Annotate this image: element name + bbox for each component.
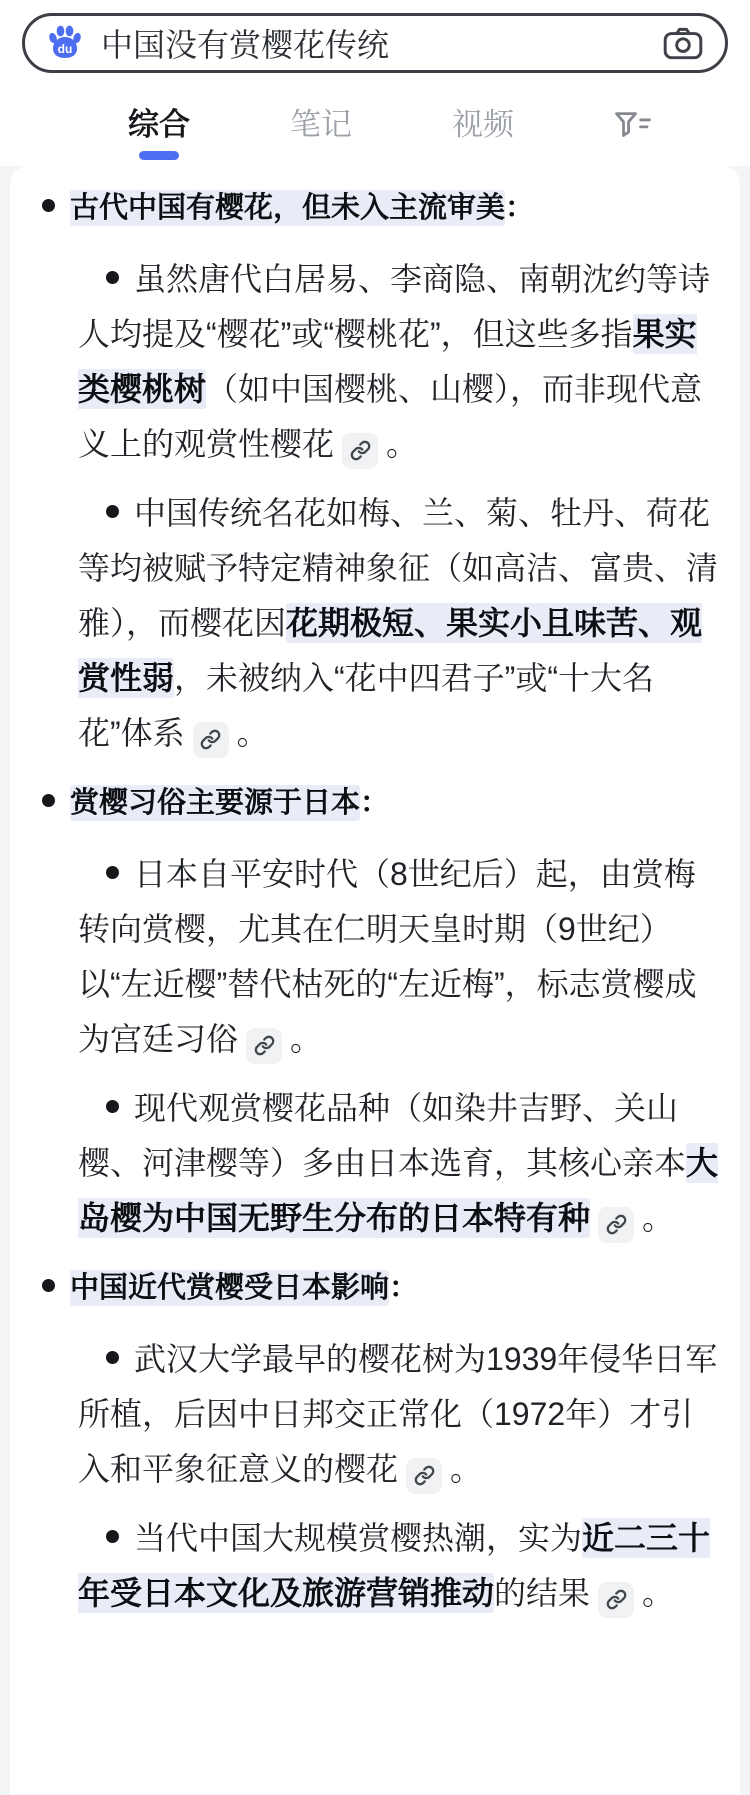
tab-zonghe[interactable]: 综合 [128, 99, 190, 166]
link-icon[interactable] [193, 722, 229, 758]
tab-label: 综合 [128, 107, 190, 142]
text-run: 日本自平安时代（8世纪后）起，由赏梅转向赏樱，尤其在仁明天皇时期（9世纪）以“左… [78, 856, 697, 1057]
filter-icon [614, 111, 652, 144]
filter-button[interactable] [614, 111, 652, 166]
list-item: 武汉大学最早的樱花树为1939年侵华日军所植，后因中日邦交正常化（1972年）才… [78, 1332, 720, 1497]
tab-biji[interactable]: 笔记 [290, 99, 352, 166]
tab-label: 笔记 [290, 107, 352, 142]
tab-bar: 综合 笔记 视频 [0, 73, 750, 166]
section: 赏樱习俗主要源于日本：日本自平安时代（8世纪后）起，由赏梅转向赏樱，尤其在仁明天… [42, 779, 720, 1246]
link-icon[interactable] [598, 1207, 634, 1243]
content-area: 古代中国有樱花，但未入主流审美：虽然唐代白居易、李商隐、南朝沈约等诗人均提及“樱… [0, 166, 750, 1795]
camera-icon[interactable] [661, 24, 705, 62]
list-item: 现代观赏樱花品种（如染井吉野、关山樱、河津樱等）多由日本选育，其核心亲本大岛樱为… [78, 1081, 720, 1246]
text-run: 。 [290, 1021, 322, 1057]
section-heading-colon: ： [505, 192, 534, 224]
bullet-icon [42, 199, 55, 212]
list-item: 当代中国大规模赏樱热潮，实为近二三十年受日本文化及旅游营销推动的结果。 [78, 1511, 720, 1621]
svg-text:du: du [58, 42, 73, 56]
result-card: 古代中国有樱花，但未入主流审美：虽然唐代白居易、李商隐、南朝沈约等诗人均提及“樱… [10, 166, 740, 1795]
link-icon[interactable] [406, 1458, 442, 1494]
link-icon[interactable] [342, 433, 378, 469]
link-icon[interactable] [246, 1028, 282, 1064]
text-run: 虽然唐代白居易、李商隐、南朝沈约等诗人均提及“樱花”或“樱桃花”，但这些多指 [78, 261, 710, 352]
list-item: 日本自平安时代（8世纪后）起，由赏梅转向赏樱，尤其在仁明天皇时期（9世纪）以“左… [78, 847, 720, 1067]
bullet-icon [106, 505, 119, 518]
link-icon[interactable] [598, 1582, 634, 1618]
text-run: 。 [386, 426, 418, 462]
bullet-icon [42, 1279, 55, 1292]
text-run: 。 [642, 1200, 674, 1236]
tab-label: 视频 [452, 107, 514, 142]
search-bar[interactable]: du 中国没有赏樱花传统 [22, 13, 728, 73]
section: 古代中国有樱花，但未入主流审美：虽然唐代白居易、李商隐、南朝沈约等诗人均提及“樱… [42, 184, 720, 761]
section-heading-text: 古代中国有樱花，但未入主流审美 [70, 190, 505, 226]
text-run: 。 [642, 1575, 674, 1611]
bullet-icon [106, 1351, 119, 1364]
bullet-icon [106, 1530, 119, 1543]
section-heading-text: 赏樱习俗主要源于日本 [70, 785, 360, 821]
baidu-search-results-page: du 中国没有赏樱花传统 综合 笔记 视频 [0, 0, 750, 1795]
baidu-logo-icon: du [45, 23, 85, 63]
section-heading: 赏樱习俗主要源于日本： [42, 779, 720, 827]
section-heading-colon: ： [360, 787, 389, 819]
search-header: du 中国没有赏樱花传统 综合 笔记 视频 [0, 0, 750, 166]
section-heading-colon: ： [389, 1272, 418, 1304]
search-query-text: 中国没有赏樱花传统 [101, 20, 649, 66]
bullet-icon [106, 271, 119, 284]
text-run: 的结果 [494, 1575, 590, 1611]
list-item: 中国传统名花如梅、兰、菊、牡丹、荷花等均被赋予特定精神象征（如高洁、富贵、清雅）… [78, 486, 720, 761]
section-heading-text: 中国近代赏樱受日本影响 [70, 1270, 389, 1306]
bullet-icon [42, 794, 55, 807]
tab-shipin[interactable]: 视频 [452, 99, 514, 166]
text-run: 现代观赏樱花品种（如染井吉野、关山樱、河津樱等）多由日本选育，其核心亲本 [78, 1090, 686, 1181]
bullet-icon [106, 866, 119, 879]
text-run: 武汉大学最早的樱花树为1939年侵华日军所植，后因中日邦交正常化（1972年）才… [78, 1341, 717, 1487]
text-run: 。 [450, 1451, 482, 1487]
active-tab-underline [139, 151, 179, 160]
text-run: 。 [237, 715, 269, 751]
section: 中国近代赏樱受日本影响：武汉大学最早的樱花树为1939年侵华日军所植，后因中日邦… [42, 1264, 720, 1621]
list-item: 虽然唐代白居易、李商隐、南朝沈约等诗人均提及“樱花”或“樱桃花”，但这些多指果实… [78, 252, 720, 472]
bullet-icon [106, 1100, 119, 1113]
text-run: 当代中国大规模赏樱热潮，实为 [134, 1520, 582, 1556]
section-heading: 中国近代赏樱受日本影响： [42, 1264, 720, 1312]
section-heading: 古代中国有樱花，但未入主流审美： [42, 184, 720, 232]
